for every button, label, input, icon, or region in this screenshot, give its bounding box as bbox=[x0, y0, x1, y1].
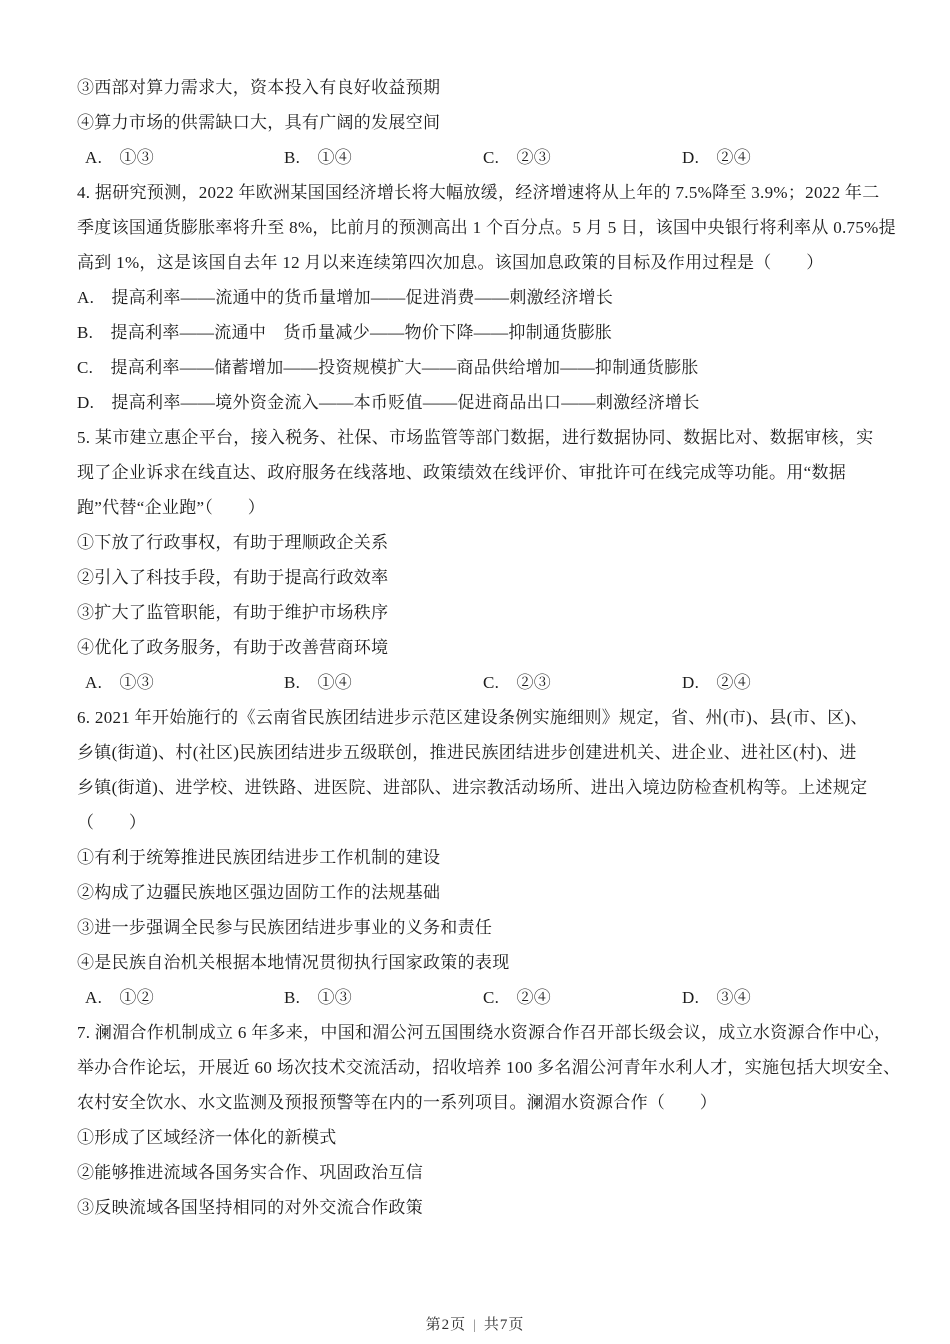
q3-choices-row: A. ①③ B. ①④ C. ②③ D. ②④ bbox=[77, 140, 892, 175]
q7-stem-line-1: 7. 澜湄合作机制成立 6 年多来，中国和湄公河五国围绕水资源合作召开部长级会议… bbox=[77, 1015, 892, 1050]
page-number: 第2页 bbox=[426, 1317, 467, 1333]
q6-stem-line-1: 6. 2021 年开始施行的《云南省民族团结进步示范区建设条例实施细则》规定，省… bbox=[77, 700, 892, 735]
q3-choice-a: A. ①③ bbox=[85, 140, 284, 175]
q5-choice-a: A. ①③ bbox=[85, 665, 284, 700]
q6-statement-1: ①有利于统筹推进民族团结进步工作机制的建设 bbox=[77, 840, 892, 875]
q4-stem-line-3: 高到 1%，这是该国自去年 12 月以来连续第四次加息。该国加息政策的目标及作用… bbox=[77, 245, 892, 280]
q3-statement-3: ③西部对算力需求大，资本投入有良好收益预期 bbox=[77, 70, 892, 105]
q5-stem-line-2: 现了企业诉求在线直达、政府服务在线落地、政策绩效在线评价、审批许可在线完成等功能… bbox=[77, 455, 892, 490]
q6-stem-line-4: （ ） bbox=[77, 805, 892, 840]
q4-choice-b: B. 提高利率——流通中 货币量减少——物价下降——抑制通货膨胀 bbox=[77, 315, 892, 350]
q4-choice-d: D. 提高利率——境外资金流入——本币贬值——促进商品出口——刺激经济增长 bbox=[77, 385, 892, 420]
q6-stem-line-2: 乡镇(街道)、村(社区)民族团结进步五级联创，推进民族团结进步创建进机关、进企业… bbox=[77, 735, 892, 770]
q5-stem-line-3: 跑”代替“企业跑”（ ） bbox=[77, 490, 892, 525]
q5-choice-c: C. ②③ bbox=[483, 665, 682, 700]
q5-stem-line-1: 5. 某市建立惠企平台，接入税务、社保、市场监管等部门数据，进行数据协同、数据比… bbox=[77, 420, 892, 455]
q5-choices-row: A. ①③ B. ①④ C. ②③ D. ②④ bbox=[77, 665, 892, 700]
q4-choice-c: C. 提高利率——储蓄增加——投资规模扩大——商品供给增加——抑制通货膨胀 bbox=[77, 350, 892, 385]
q5-choice-d: D. ②④ bbox=[682, 665, 881, 700]
q4-choice-a: A. 提高利率——流通中的货币量增加——促进消费——刺激经济增长 bbox=[77, 280, 892, 315]
q7-stem-line-3: 农村安全饮水、水文监测及预报预警等在内的一系列项目。澜湄水资源合作（ ） bbox=[77, 1085, 892, 1120]
q3-choice-b: B. ①④ bbox=[284, 140, 483, 175]
q3-choice-c: C. ②③ bbox=[483, 140, 682, 175]
q6-choices-row: A. ①② B. ①③ C. ②④ D. ③④ bbox=[77, 980, 892, 1015]
page-content: ③西部对算力需求大，资本投入有良好收益预期 ④算力市场的供需缺口大，具有广阔的发… bbox=[77, 70, 892, 1225]
q6-choice-a: A. ①② bbox=[85, 980, 284, 1015]
q5-choice-b: B. ①④ bbox=[284, 665, 483, 700]
q6-choice-b: B. ①③ bbox=[284, 980, 483, 1015]
q4-stem-line-2: 季度该国通货膨胀率将升至 8%，比前月的预测高出 1 个百分点。5 月 5 日，… bbox=[77, 210, 892, 245]
q5-statement-2: ②引入了科技手段，有助于提高行政效率 bbox=[77, 560, 892, 595]
q6-statement-3: ③进一步强调全民参与民族团结进步事业的义务和责任 bbox=[77, 910, 892, 945]
q4-stem-line-1: 4. 据研究预测，2022 年欧洲某国国经济增长将大幅放缓，经济增速将从上年的 … bbox=[77, 175, 892, 210]
q6-statement-2: ②构成了边疆民族地区强边固防工作的法规基础 bbox=[77, 875, 892, 910]
q6-stem-line-3: 乡镇(街道)、进学校、进铁路、进医院、进部队、进宗教活动场所、进出入境边防检查机… bbox=[77, 770, 892, 805]
page-footer: 第2页|共7页 bbox=[0, 1315, 950, 1336]
q7-statement-2: ②能够推进流域各国务实合作、巩固政治互信 bbox=[77, 1155, 892, 1190]
q6-statement-4: ④是民族自治机关根据本地情况贯彻执行国家政策的表现 bbox=[77, 945, 892, 980]
footer-separator: | bbox=[473, 1318, 477, 1333]
q7-statement-3: ③反映流域各国坚持相同的对外交流合作政策 bbox=[77, 1190, 892, 1225]
q5-statement-3: ③扩大了监管职能，有助于维护市场秩序 bbox=[77, 595, 892, 630]
q7-statement-1: ①形成了区域经济一体化的新模式 bbox=[77, 1120, 892, 1155]
q5-statement-4: ④优化了政务服务，有助于改善营商环境 bbox=[77, 630, 892, 665]
q3-choice-d: D. ②④ bbox=[682, 140, 881, 175]
page-total: 共7页 bbox=[484, 1317, 525, 1333]
q6-choice-c: C. ②④ bbox=[483, 980, 682, 1015]
q3-statement-4: ④算力市场的供需缺口大，具有广阔的发展空间 bbox=[77, 105, 892, 140]
q5-statement-1: ①下放了行政事权，有助于理顺政企关系 bbox=[77, 525, 892, 560]
q7-stem-line-2: 举办合作论坛，开展近 60 场次技术交流活动，招收培养 100 多名湄公河青年水… bbox=[77, 1050, 892, 1085]
q6-choice-d: D. ③④ bbox=[682, 980, 881, 1015]
